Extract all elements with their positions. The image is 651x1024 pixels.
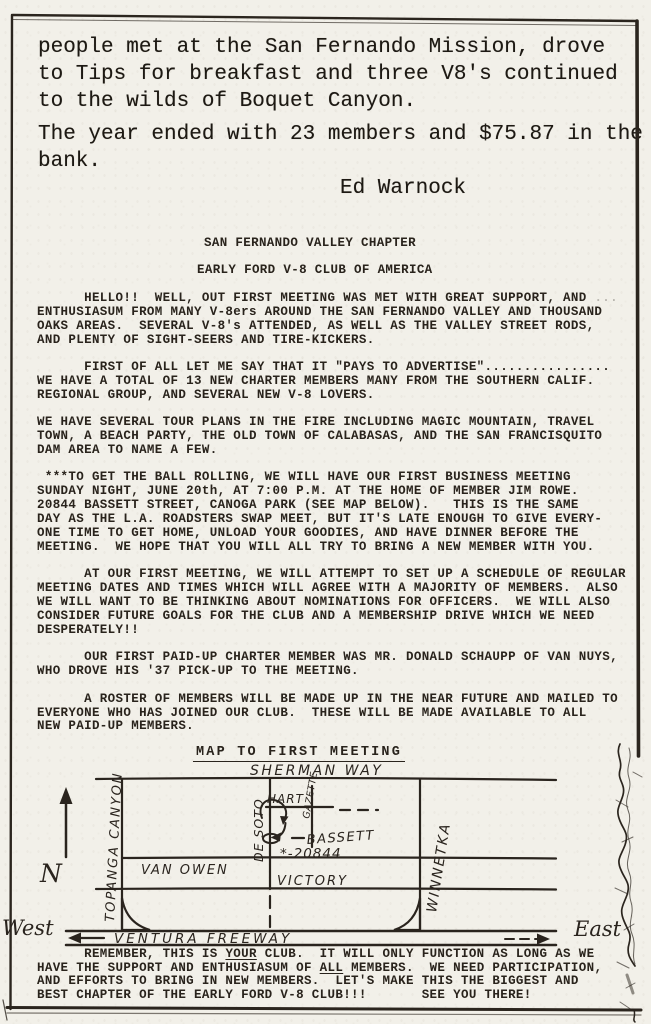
text-line: AND PLENTY OF SIGHT-SEERS AND TIRE-KICKE… xyxy=(37,334,647,348)
topanga-ramp xyxy=(122,898,150,930)
paragraph-charter-member: OUR FIRST PAID-UP CHARTER MEMBER WAS MR.… xyxy=(37,651,647,679)
text-line: DAM AREA TO NAME A FEW. xyxy=(37,444,647,458)
map-labels: SHERMAN WAY TOPANGA CANYON DE SOTO GAZET… xyxy=(2,763,622,947)
intro-paragraph-2: The year ended with 23 members and $75.8… xyxy=(38,121,651,175)
text-line: DAY AS THE L.A. ROADSTERS SWAP MEET, BUT… xyxy=(37,513,647,527)
scanned-newsletter-page: people met at the San Fernando Mission, … xyxy=(0,0,651,1024)
text-line: WE HAVE SEVERAL TOUR PLANS IN THE FIRE I… xyxy=(37,416,647,430)
text-line: ONE TIME TO GET HOME, UNLOAD YOUR GOODIE… xyxy=(37,527,647,541)
text-line: DESPERATELY!! xyxy=(37,624,647,638)
text-line: to Tips for breakfast and three V8's con… xyxy=(38,61,651,88)
hand-drawn-map: N SHERMAN WAY TOPANGA CANYON DE SOTO GAZ… xyxy=(0,762,651,962)
victory-label: VICTORY xyxy=(277,874,348,889)
text-line: REMEMBER, THIS IS YOUR CLUB. IT WILL ONL… xyxy=(37,948,649,962)
text-line: REGIONAL GROUP, AND SEVERAL NEW V-8 LOVE… xyxy=(37,389,647,403)
text-line: AT OUR FIRST MEETING, WE WILL ATTEMPT TO… xyxy=(37,568,647,582)
text-line: OUR FIRST PAID-UP CHARTER MEMBER WAS MR.… xyxy=(37,651,647,665)
intro-paragraph-1: people met at the San Fernando Mission, … xyxy=(38,34,651,115)
signature: Ed Warnock xyxy=(340,175,651,202)
svg-text:N: N xyxy=(39,859,63,888)
underlined-word: YOUR xyxy=(225,947,256,961)
address-label: *-20844 xyxy=(280,846,342,862)
text-line: NEW PAID-UP MEMBERS. xyxy=(37,720,647,734)
route-arrowhead-icon xyxy=(280,816,289,825)
text-line: BEST CHAPTER OF THE EARLY FORD V-8 CLUB!… xyxy=(37,989,649,1003)
text-line: MEETING DATES AND TIMES WHICH WILL AGREE… xyxy=(37,582,647,596)
club-heading: EARLY FORD V-8 CLUB OF AMERICA xyxy=(197,264,647,278)
text-line: to the wilds of Boquet Canyon. xyxy=(38,88,651,115)
text-line: WE WILL WANT TO BE THINKING ABOUT NOMINA… xyxy=(37,596,647,610)
winnetka-label: WINNETKA xyxy=(424,821,454,913)
east-label: East xyxy=(573,917,622,941)
newsletter-body: SAN FERNANDO VALLEY CHAPTER EARLY FORD V… xyxy=(37,237,647,734)
text-line: AND EFFORTS TO BRING IN NEW MEMBERS. LET… xyxy=(37,975,649,989)
text-line: TOWN, A BEACH PARTY, THE OLD TOWN OF CAL… xyxy=(37,430,647,444)
chapter-heading: SAN FERNANDO VALLEY CHAPTER xyxy=(204,237,647,251)
west-label: West xyxy=(2,916,54,940)
text-line: HELLO!! WELL, OUT FIRST MEETING WAS MET … xyxy=(37,292,647,306)
north-arrow-icon: N xyxy=(39,787,73,888)
text-line: 20844 BASSETT STREET, CANOGA PARK (SEE M… xyxy=(37,499,647,513)
text-line: EVERYONE WHO HAS JOINED OUR CLUB. THESE … xyxy=(37,707,647,721)
text-line: WE HAVE A TOTAL OF 13 NEW CHARTER MEMBER… xyxy=(37,375,647,389)
ventura-freeway-label: VENTURA FREEWAY xyxy=(114,931,292,947)
text-line: bank. xyxy=(38,148,651,175)
closing-paragraph: REMEMBER, THIS IS YOUR CLUB. IT WILL ONL… xyxy=(37,948,649,1002)
text-line: MEETING. WE HOPE THAT YOU WILL ALL TRY T… xyxy=(37,541,647,555)
text-line: CONSIDER FUTURE GOALS FOR THE CLUB AND A… xyxy=(37,610,647,624)
text-line: FIRST OF ALL LET ME SAY THAT IT "PAYS TO… xyxy=(37,361,647,375)
text-line: people met at the San Fernando Mission, … xyxy=(38,34,651,61)
paragraph-tour-plans: WE HAVE SEVERAL TOUR PLANS IN THE FIRE I… xyxy=(37,416,647,458)
text-line: WHO DROVE HIS '37 PICK-UP TO THE MEETING… xyxy=(37,665,647,679)
paragraph-hello: HELLO!! WELL, OUT FIRST MEETING WAS MET … xyxy=(37,292,647,348)
intro-section: people met at the San Fernando Mission, … xyxy=(38,34,651,202)
paragraph-schedule: AT OUR FIRST MEETING, WE WILL ATTEMPT TO… xyxy=(37,568,647,638)
text-line: ENTHUSIASUM FROM MANY V-8ers AROUND THE … xyxy=(37,306,647,320)
faded-text: ... xyxy=(594,291,618,305)
paragraph-advertise: FIRST OF ALL LET ME SAY THAT IT "PAYS TO… xyxy=(37,361,647,403)
text-line: The year ended with 23 members and $75.8… xyxy=(38,121,651,148)
map-title: MAP TO FIRST MEETING xyxy=(193,745,405,762)
text-line: SUNDAY NIGHT, JUNE 20th, AT 7:00 P.M. AT… xyxy=(37,485,647,499)
hart-label: HART xyxy=(267,792,305,806)
text-line: HAVE THE SUPPORT AND ENTHUSIASUM OF ALL … xyxy=(37,962,649,976)
paragraph-first-meeting: ***TO GET THE BALL ROLLING, WE WILL HAVE… xyxy=(37,471,647,554)
vanowen-label: VAN OWEN xyxy=(141,863,229,878)
text-line: OAKS AREAS. SEVERAL V-8's ATTENDED, AS W… xyxy=(37,320,647,334)
text-line: ***TO GET THE BALL ROLLING, WE WILL HAVE… xyxy=(37,471,647,485)
de-soto-label: DE SOTO xyxy=(251,798,266,862)
paragraph-roster: A ROSTER OF MEMBERS WILL BE MADE UP IN T… xyxy=(37,693,647,735)
text-line: A ROSTER OF MEMBERS WILL BE MADE UP IN T… xyxy=(37,693,647,707)
winnetka-ramp xyxy=(394,898,420,930)
underlined-word: ALL xyxy=(320,961,344,975)
